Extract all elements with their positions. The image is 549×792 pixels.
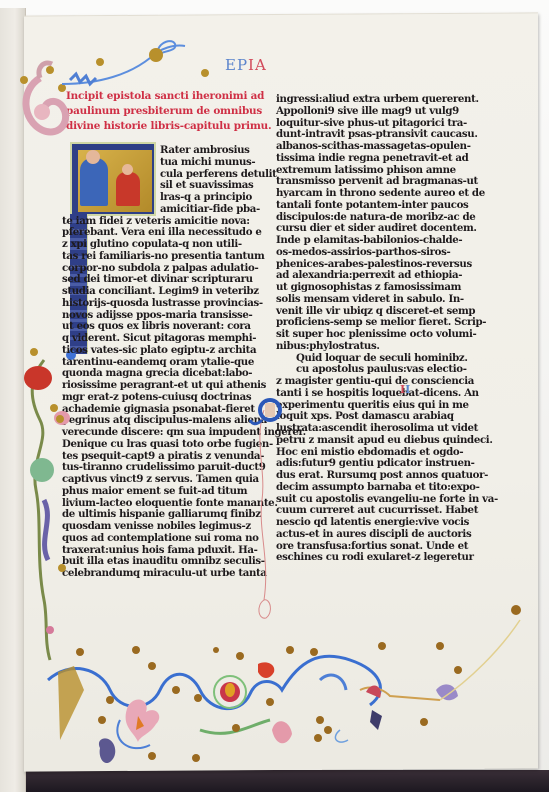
table-surface [0,770,549,792]
text-line: Inde p elamitas-babilonios-chalde- [276,235,488,247]
text-line: ut gignosophistas z famosissimam [276,282,488,294]
text-line: eschines cu rodi exularet-z legeretur [276,552,488,564]
text-line: tas rei familiaris-no presentia tantum [62,251,272,263]
text-line: z magister gentiu-qui de consciencia [276,376,488,388]
text-line: celebrandumq miraculu-ut urbe tanta [62,568,272,580]
paragraph-mark: II [400,383,410,396]
text-line: tantali fonte potantem-inter paucos [276,200,488,212]
text-line: q viderent. Sicut pitagoras memphi- [62,333,272,345]
text-line: actus-et in aures discipli de auctoris [276,529,488,541]
right-text-column: ingressi:aliud extra urbem quererent.App… [276,94,488,564]
text-line: Appolloni9 sive ille mag9 ut vulg9 [276,106,488,118]
text-line: ticos vates-sic plato egiptu-z archita [62,345,272,357]
running-head-part2: IA [248,56,267,74]
text-line: lras-q a principio [62,192,272,204]
text-line: verecunde discere: qm sua impudent inger… [62,427,272,439]
text-line: quosdam venisse nobiles legimus-z [62,521,272,533]
rubric-line: Incipit epistola sancti iheronimi ad [66,89,276,104]
text-line: albanos-scithas-massagetas-opulen- [276,141,488,153]
text-line: hyarcam in throno sedente aureo et de [276,188,488,200]
text-line: nibus:phylostratus. [276,341,488,353]
text-line: captivus vinct9 z servus. Tamen quia [62,474,272,486]
running-head-part1: EP [225,56,248,74]
text-line: nescio qd latentis energie:vive vocis [276,517,488,529]
rubric-line: divine historie libris-capitulu primu. [66,119,276,134]
text-line: solis mensam videret in sabulo. In- [276,294,488,306]
text-line: lustrata:ascendit iherosolima ut videt [276,423,488,435]
text-line: historijs-quosda lustrasse provincias- [62,298,272,310]
text-line: riosissime peragrant-et ut qui athenis [62,380,272,392]
text-line: dus erat. Rursumq post annos quatuor- [276,470,488,482]
text-line: sit super hoc plenissime octo volumi- [276,329,488,341]
text-line: quos ad contemplatione sui roma no [62,533,272,545]
text-line: tua michi munus- [62,157,272,169]
facing-page-edge [0,8,26,792]
text-line: ingressi:aliud extra urbem quererent. [276,94,488,106]
text-line: Denique cu lras quasi toto orbe fugien- [62,439,272,451]
text-line: Rater ambrosius [62,145,272,157]
left-text-column: Rater ambrosiustua michi munus-cula perf… [62,145,272,580]
text-line: z xpi glutino copulata-q non utili- [62,239,272,251]
rubric-heading: Incipit epistola sancti iheronimi ad pau… [66,89,276,134]
text-line: mgr erat-z potens-cuiusq doctrinas [62,392,272,404]
text-line: phus maior ement se fuit-ad titum [62,486,272,498]
running-head: EPIA [225,56,267,74]
text-line: tanti i se hospitis loquebat-dicens. An [276,388,488,400]
text-line: amicitiar-fide pba- [62,204,272,216]
text-line: decim assumpto barnaba et tito:expo- [276,482,488,494]
text-line: os-medos-assirios-parthos-siros- [276,247,488,259]
text-line: petru z mansit apud eu diebus quindeci. [276,435,488,447]
text-line: studia conciliant. Legim9 in veteribz [62,286,272,298]
rubric-line: paulinum presbiterum de omnibus [66,104,276,119]
text-line: tissima indie regna penetravit-et ad [276,153,488,165]
